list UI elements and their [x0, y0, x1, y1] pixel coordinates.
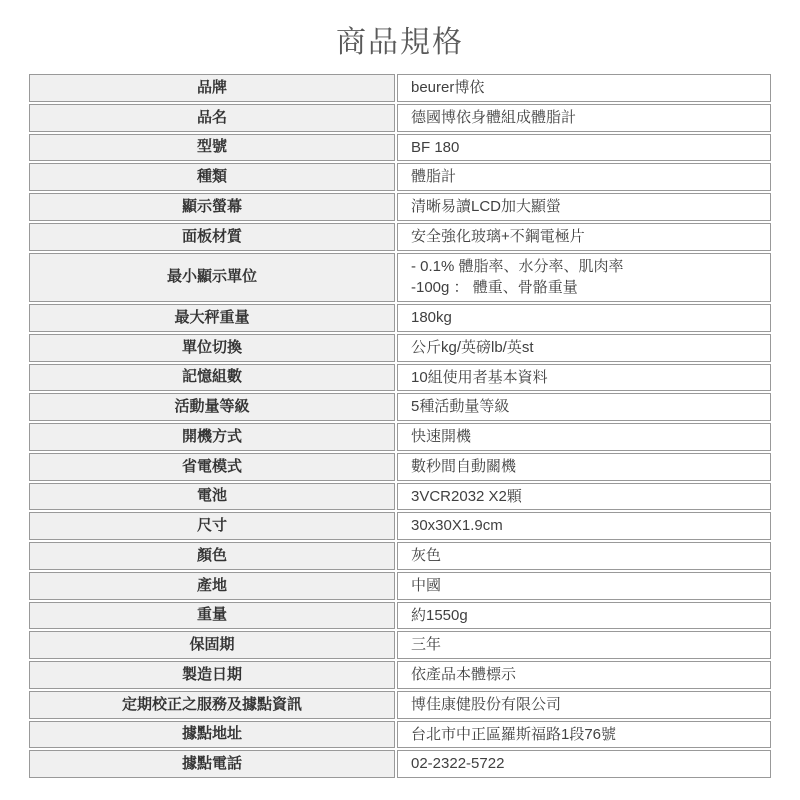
- spec-row-value: 三年: [397, 631, 771, 659]
- spec-row: 定期校正之服務及據點資訊博佳康健股份有限公司: [29, 691, 771, 719]
- spec-row-label: 據點電話: [29, 750, 395, 778]
- spec-row-label: 據點地址: [29, 721, 395, 749]
- spec-row: 製造日期依產品本體標示: [29, 661, 771, 689]
- spec-row: 重量約1550g: [29, 602, 771, 630]
- spec-row-label: 電池: [29, 483, 395, 511]
- spec-row-value: BF 180: [397, 134, 771, 162]
- spec-row: 活動量等級5種活動量等級: [29, 393, 771, 421]
- spec-row-label: 顯示螢幕: [29, 193, 395, 221]
- spec-row-value: 安全強化玻璃+不鋼電極片: [397, 223, 771, 251]
- spec-row-value: 依產品本體標示: [397, 661, 771, 689]
- spec-row-value: 180kg: [397, 304, 771, 332]
- spec-row-value: beurer博依: [397, 74, 771, 102]
- spec-table: 品牌beurer博依品名德國博依身體組成體脂計型號BF 180種類體脂計顯示螢幕…: [27, 72, 773, 780]
- spec-row-value: 5種活動量等級: [397, 393, 771, 421]
- spec-row-value: 快速開機: [397, 423, 771, 451]
- spec-row-value: 02-2322-5722: [397, 750, 771, 778]
- spec-row-label: 品牌: [29, 74, 395, 102]
- spec-row-value: 30x30X1.9cm: [397, 512, 771, 540]
- product-spec-section: 商品規格 品牌beurer博依品名德國博依身體組成體脂計型號BF 180種類體脂…: [0, 0, 800, 800]
- spec-row-value: 灰色: [397, 542, 771, 570]
- spec-row-value: 清晰易讀LCD加大顯螢: [397, 193, 771, 221]
- spec-row-value: 公斤kg/英磅lb/英st: [397, 334, 771, 362]
- spec-table-body: 品牌beurer博依品名德國博依身體組成體脂計型號BF 180種類體脂計顯示螢幕…: [29, 74, 771, 778]
- spec-row-label: 品名: [29, 104, 395, 132]
- spec-row: 最小顯示單位- 0.1% 體脂率、水分率、肌肉率 -100g ： 體重、骨骼重量: [29, 253, 771, 303]
- spec-row-label: 面板材質: [29, 223, 395, 251]
- spec-row-value: 體脂計: [397, 163, 771, 191]
- spec-row-label: 產地: [29, 572, 395, 600]
- spec-row: 單位切換公斤kg/英磅lb/英st: [29, 334, 771, 362]
- spec-row-label: 型號: [29, 134, 395, 162]
- spec-row: 開機方式快速開機: [29, 423, 771, 451]
- spec-row-value: 博佳康健股份有限公司: [397, 691, 771, 719]
- spec-row-value: 約1550g: [397, 602, 771, 630]
- spec-row-label: 省電模式: [29, 453, 395, 481]
- spec-row: 尺寸30x30X1.9cm: [29, 512, 771, 540]
- spec-row-label: 種類: [29, 163, 395, 191]
- spec-row: 種類體脂計: [29, 163, 771, 191]
- spec-row-label: 活動量等級: [29, 393, 395, 421]
- spec-row-value: 3VCR2032 X2顆: [397, 483, 771, 511]
- spec-row-value: 數秒間自動關機: [397, 453, 771, 481]
- spec-row-label: 定期校正之服務及據點資訊: [29, 691, 395, 719]
- spec-row-value: 台北市中正區羅斯福路1段76號: [397, 721, 771, 749]
- spec-row: 據點地址台北市中正區羅斯福路1段76號: [29, 721, 771, 749]
- spec-row: 型號BF 180: [29, 134, 771, 162]
- spec-row: 最大秤重量180kg: [29, 304, 771, 332]
- spec-row-label: 保固期: [29, 631, 395, 659]
- page-title: 商品規格: [0, 0, 800, 72]
- spec-row: 保固期三年: [29, 631, 771, 659]
- spec-row-label: 記憶組數: [29, 364, 395, 392]
- spec-row: 電池3VCR2032 X2顆: [29, 483, 771, 511]
- spec-row: 品牌beurer博依: [29, 74, 771, 102]
- spec-row-value: 中國: [397, 572, 771, 600]
- spec-row-label: 顏色: [29, 542, 395, 570]
- spec-row: 品名德國博依身體組成體脂計: [29, 104, 771, 132]
- spec-row-value: - 0.1% 體脂率、水分率、肌肉率 -100g ： 體重、骨骼重量: [397, 253, 771, 303]
- spec-row: 記憶組數10組使用者基本資料: [29, 364, 771, 392]
- spec-row: 顯示螢幕清晰易讀LCD加大顯螢: [29, 193, 771, 221]
- spec-row-label: 單位切換: [29, 334, 395, 362]
- spec-row-label: 最大秤重量: [29, 304, 395, 332]
- spec-row: 產地中國: [29, 572, 771, 600]
- spec-row-value: 德國博依身體組成體脂計: [397, 104, 771, 132]
- spec-row-label: 尺寸: [29, 512, 395, 540]
- spec-row-label: 最小顯示單位: [29, 253, 395, 303]
- spec-row: 省電模式數秒間自動關機: [29, 453, 771, 481]
- spec-row: 顏色灰色: [29, 542, 771, 570]
- spec-row-label: 開機方式: [29, 423, 395, 451]
- spec-row: 據點電話02-2322-5722: [29, 750, 771, 778]
- spec-row-value: 10組使用者基本資料: [397, 364, 771, 392]
- spec-row-label: 製造日期: [29, 661, 395, 689]
- spec-row-label: 重量: [29, 602, 395, 630]
- spec-row: 面板材質安全強化玻璃+不鋼電極片: [29, 223, 771, 251]
